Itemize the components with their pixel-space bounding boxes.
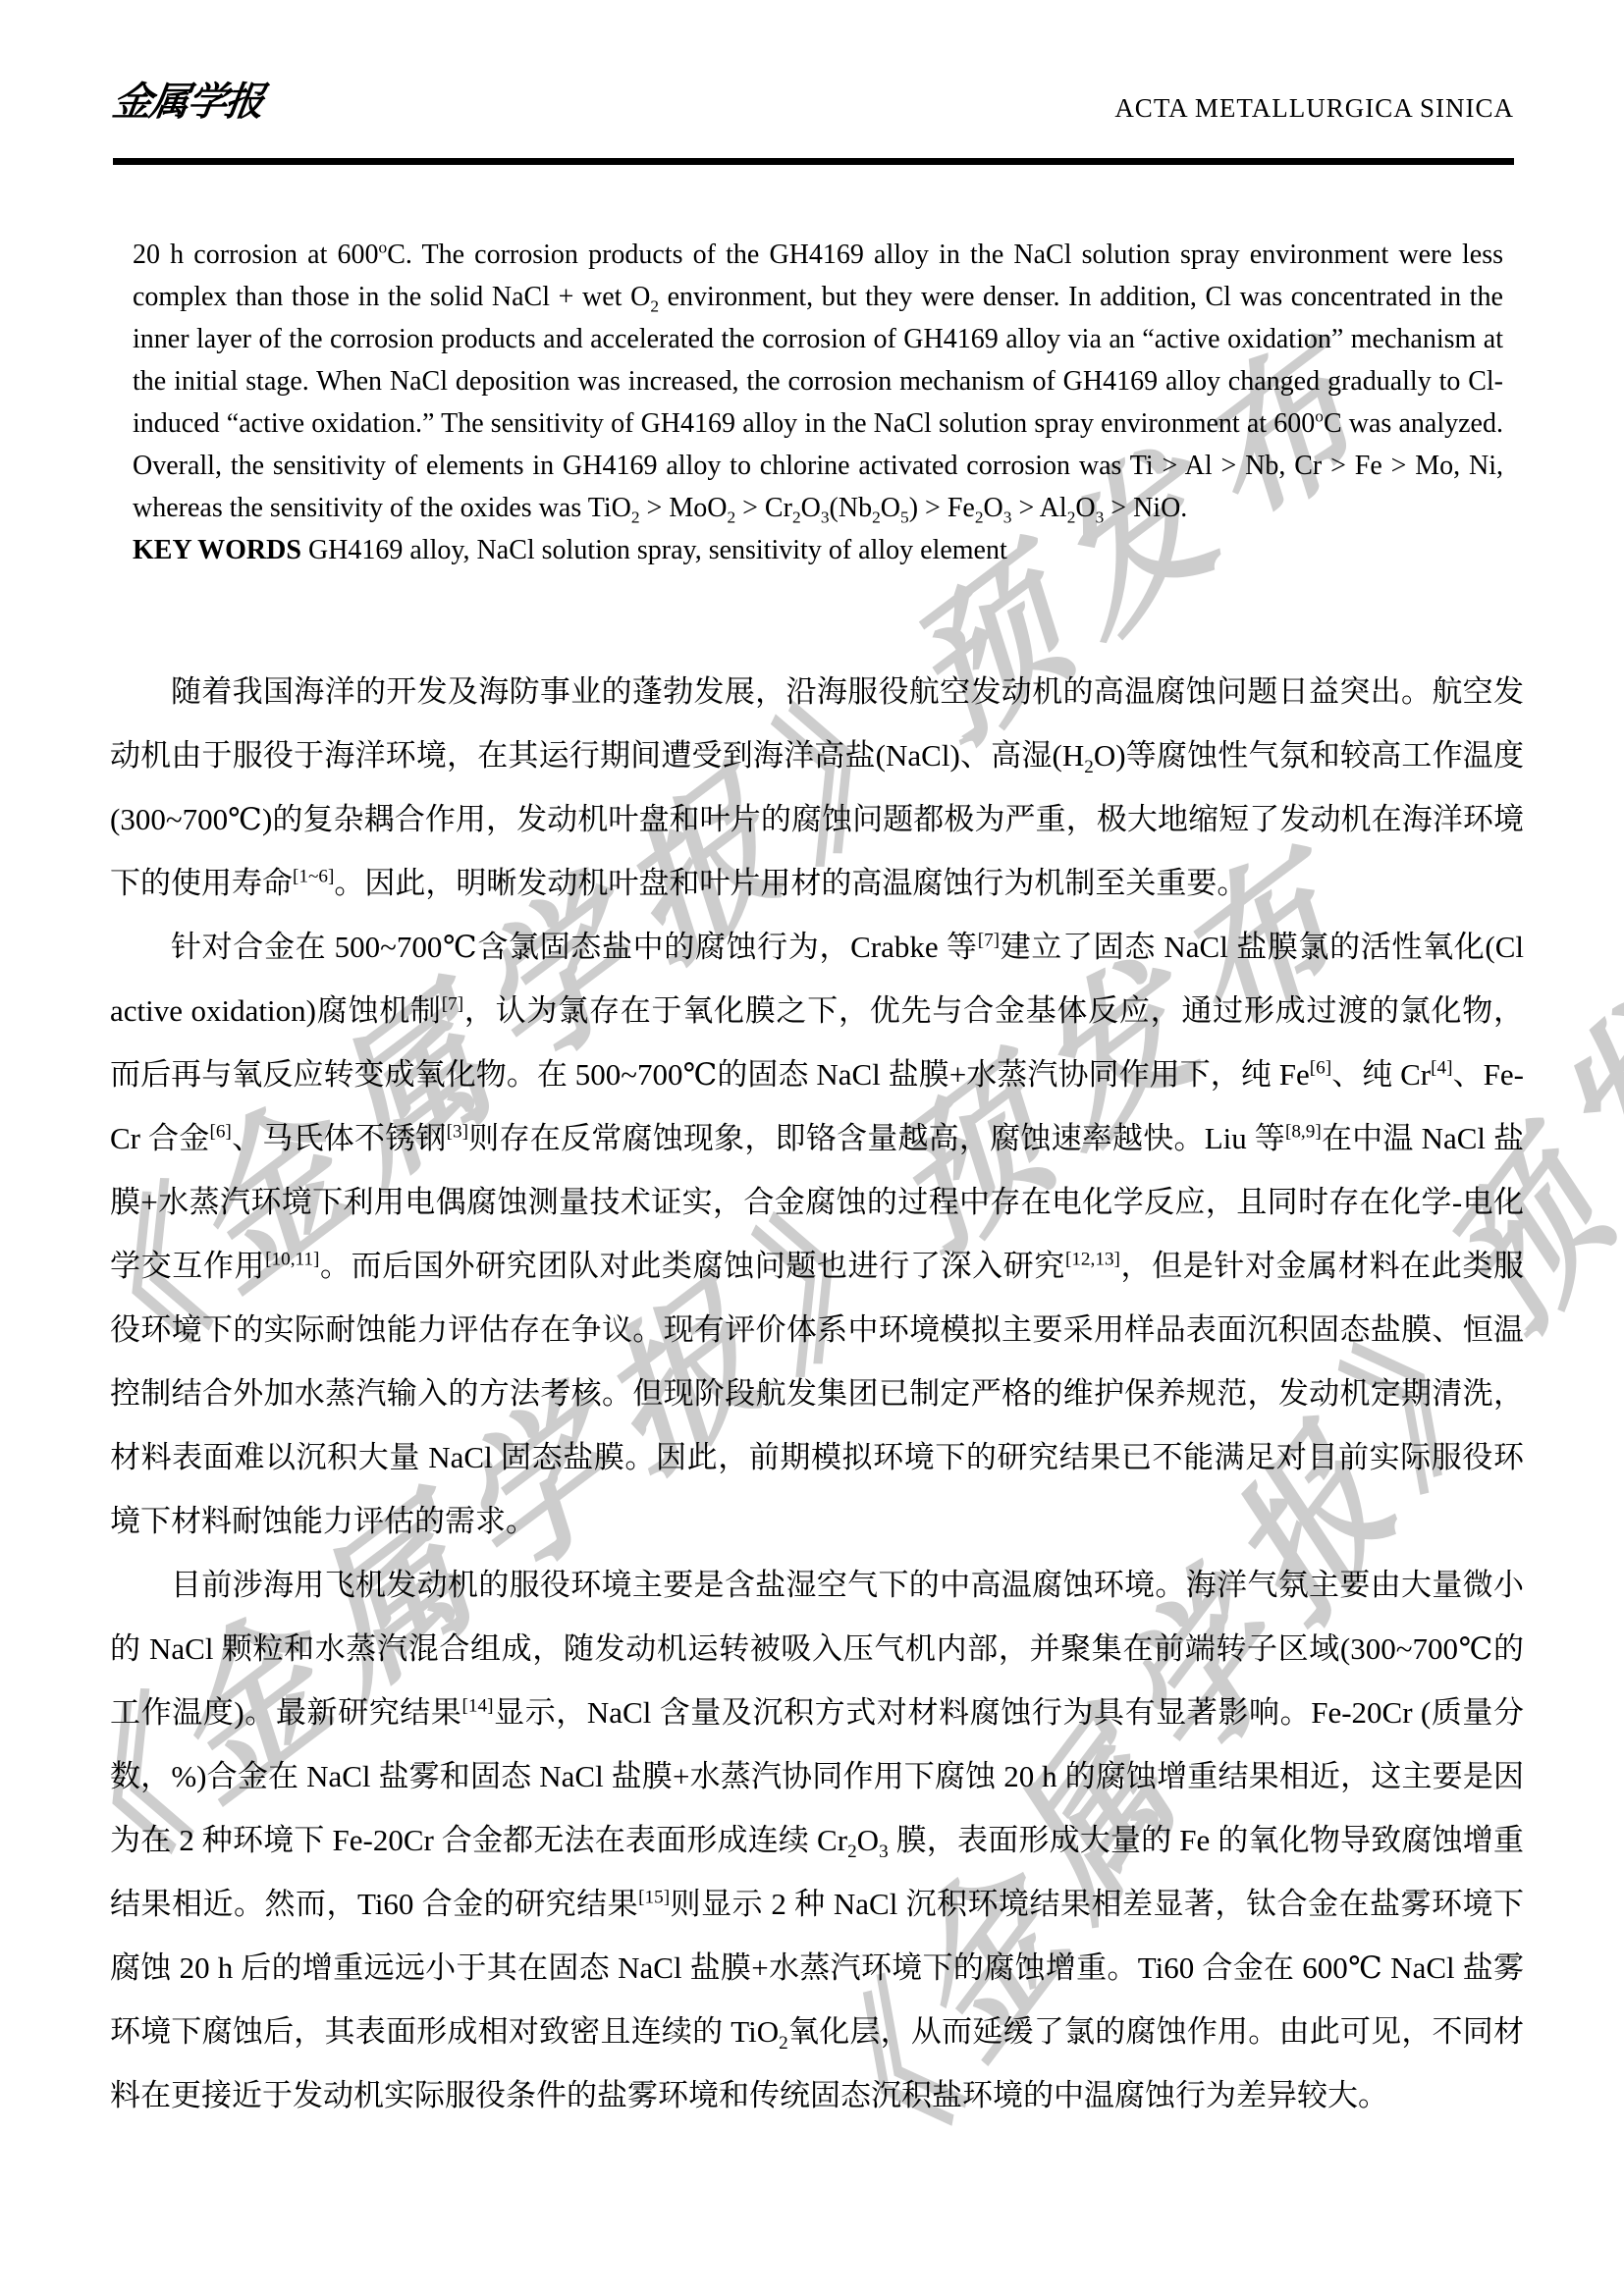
body-text: 随着我国海洋的开发及海防事业的蓬勃发展，沿海服役航空发动机的高温腐蚀问题日益突出… [110, 660, 1524, 2127]
journal-logo: 金属学报 [110, 82, 265, 122]
keywords-line: KEY WORDS GH4169 alloy, NaCl solution sp… [133, 529, 1503, 571]
journal-name: ACTA METALLURGICA SINICA [1114, 95, 1514, 122]
body-paragraph-1: 随着我国海洋的开发及海防事业的蓬勃发展，沿海服役航空发动机的高温腐蚀问题日益突出… [110, 660, 1524, 915]
abstract-paragraph: 20 h corrosion at 600oC. The corrosion p… [133, 234, 1503, 529]
paper-page: 《金属学报》预发布 《金属学报》预发布 《金属学报》预发布 金属学报 ACTA … [0, 0, 1624, 2296]
body-paragraph-3: 目前涉海用飞机发动机的服役环境主要是含盐湿空气下的中高温腐蚀环境。海洋气氛主要由… [110, 1553, 1524, 2127]
body-paragraph-2: 针对合金在 500~700℃含氯固态盐中的腐蚀行为，Crabke 等[7]建立了… [110, 915, 1524, 1553]
page-header: 金属学报 ACTA METALLURGICA SINICA [113, 71, 1514, 122]
header-rule [113, 158, 1514, 165]
abstract-section: 20 h corrosion at 600oC. The corrosion p… [133, 234, 1503, 571]
